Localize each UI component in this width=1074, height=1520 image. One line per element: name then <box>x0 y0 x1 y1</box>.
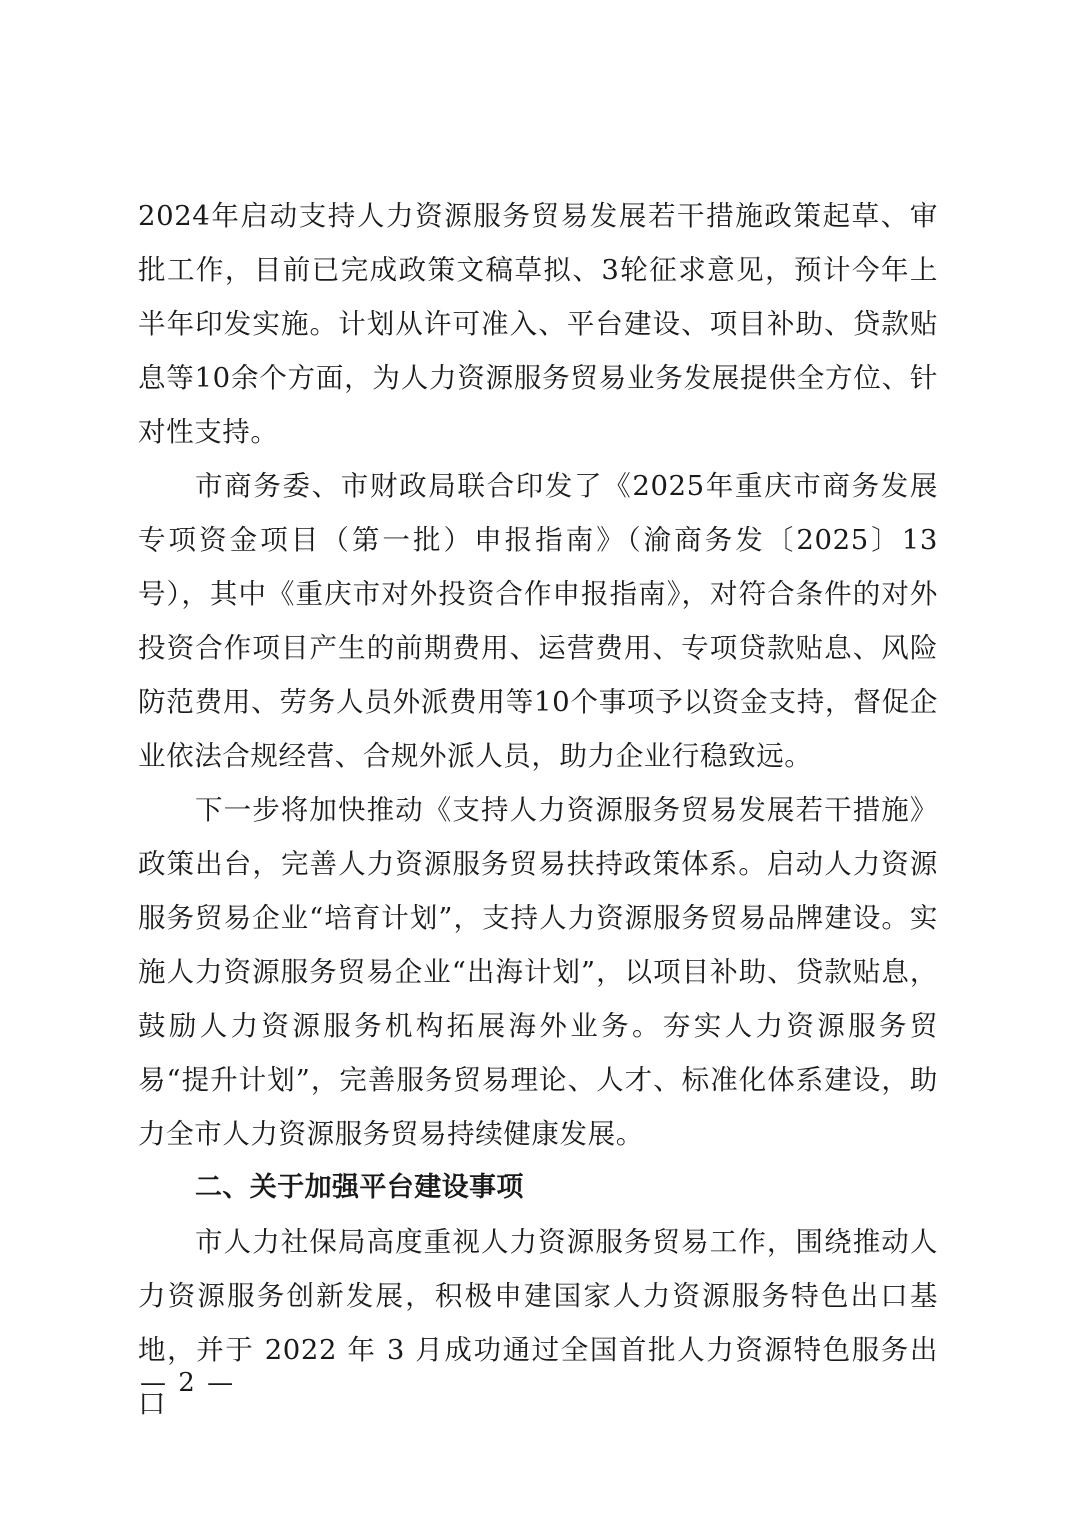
document-page: 2024年启动支持人力资源服务贸易发展若干措施政策起草、审批工作，目前已完成政策… <box>138 189 938 1431</box>
page-number: — 2 — <box>140 1368 235 1398</box>
paragraph-platform-building: 市人力社保局高度重视人力资源服务贸易工作，围绕推动人力资源服务创新发展，积极申建… <box>138 1215 938 1431</box>
paragraph-policy-drafting: 2024年启动支持人力资源服务贸易发展若干措施政策起草、审批工作，目前已完成政策… <box>138 189 938 459</box>
section-heading-platform-building: 二、关于加强平台建设事项 <box>138 1161 938 1215</box>
paragraph-next-steps: 下一步将加快推动《支持人力资源服务贸易发展若干措施》政策出台，完善人力资源服务贸… <box>138 783 938 1161</box>
paragraph-special-fund-guide: 市商务委、市财政局联合印发了《2025年重庆市商务发展专项资金项目（第一批）申报… <box>138 459 938 783</box>
